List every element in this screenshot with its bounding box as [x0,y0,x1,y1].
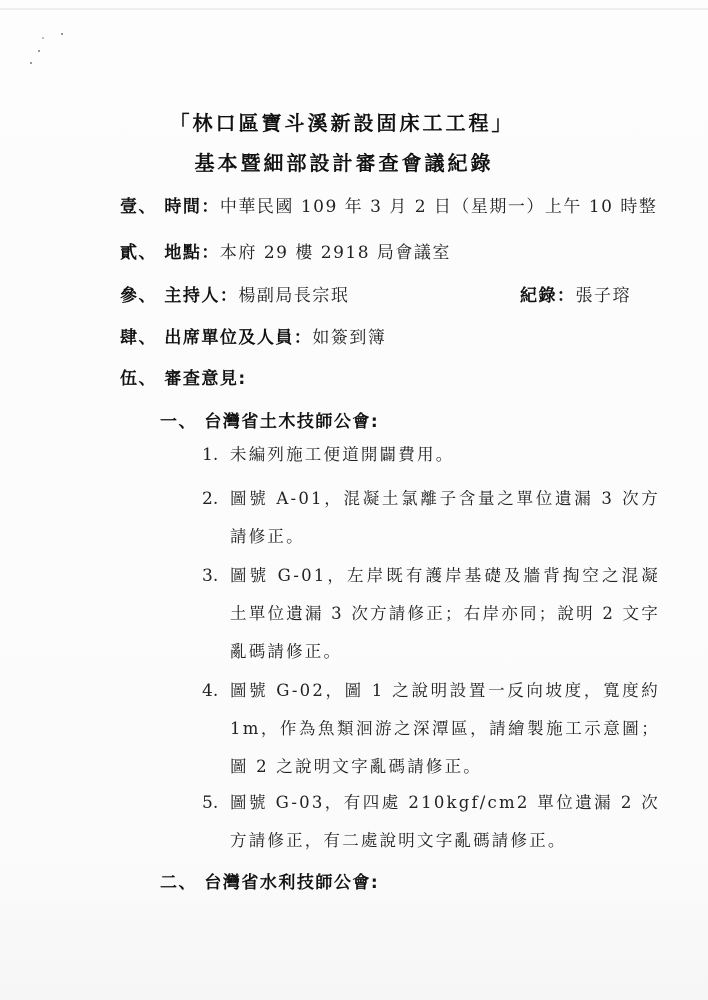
document-title: 「林口區寶斗溪新設固床工工程」 [0,107,696,136]
item-number: 1. [202,445,218,465]
section-value: 楊副局長宗珉 [238,286,349,306]
section-label: 貳、 地點： [120,243,220,263]
section-recorder: 紀錄：張子瑢 [520,281,631,306]
item-number: 3. [202,566,218,586]
item-text: 圖號 A-01，混凝土氯離子含量之單位遺漏 3 次方請修正。 [230,480,660,556]
item-number: 4. [202,681,218,701]
section-review: 伍、 審查意見: [120,364,247,389]
section-label: 參、 主持人： [120,286,238,306]
section-label: 伍、 審查意見: [120,369,247,389]
item-number: 5. [202,793,218,813]
item-text: 未編列施工便道開闢費用。 [230,436,660,474]
section-attendees: 肆、 出席單位及人員：如簽到簿 [120,323,386,348]
section-host: 參、 主持人：楊副局長宗珉 [120,281,349,306]
item-text: 圖號 G-03，有四處 210kgf/cm2 單位遺漏 2 次方請修正，有二處說… [230,784,660,860]
section-label: 壹、 時間： [120,197,220,217]
item-text: 圖號 G-01，左岸既有護岸基礎及牆背掏空之混凝土單位遺漏 3 次方請修正；右岸… [230,557,660,671]
group-heading-text: 一、 台灣省土木技師公會: [160,412,379,432]
group-heading-text: 二、 台灣省水利技師公會: [160,873,379,893]
section-location: 貳、 地點：本府 29 樓 2918 局會議室 [120,238,451,263]
review-group-heading: 一、 台灣省土木技師公會: [160,407,379,432]
recorder-value: 張子瑢 [576,286,632,306]
section-value: 本府 29 樓 2918 局會議室 [220,243,451,263]
scanned-page: 「林口區寶斗溪新設固床工工程」 基本暨細部設計審查會議紀錄 壹、 時間：中華民國… [0,0,708,1000]
section-label: 肆、 出席單位及人員： [120,328,312,348]
scan-specks [28,30,68,70]
review-group-heading: 二、 台灣省水利技師公會: [160,868,379,893]
recorder-label: 紀錄： [520,286,576,306]
item-text: 圖號 G-02，圖 1 之說明設置一反向坡度，寬度約 1m，作為魚類洄游之深潭區… [230,672,660,786]
scan-edge [0,8,708,10]
item-number: 2. [202,489,218,509]
section-value: 中華民國 109 年 3 月 2 日（星期一）上午 10 時整 [220,197,657,217]
document-subtitle: 基本暨細部設計審查會議紀錄 [0,147,698,176]
section-time: 壹、 時間：中華民國 109 年 3 月 2 日（星期一）上午 10 時整 [120,192,657,217]
section-value: 如簽到簿 [312,328,386,348]
